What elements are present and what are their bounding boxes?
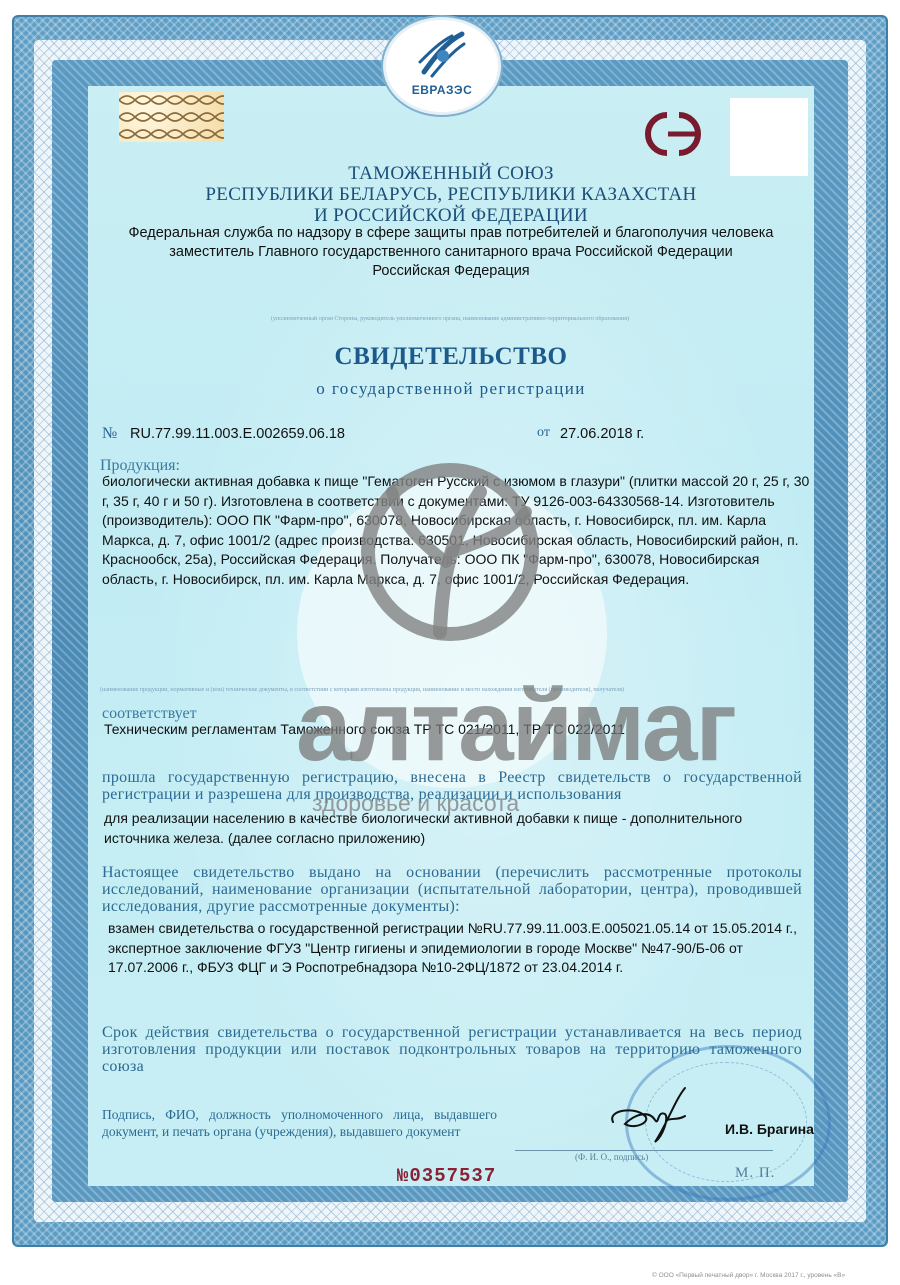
signature-label: Подпись, ФИО, должность уполномоченного … bbox=[102, 1107, 497, 1140]
hologram-sticker bbox=[119, 92, 224, 142]
agency-line: Российская Федерация bbox=[88, 262, 814, 281]
number-label: № bbox=[102, 425, 117, 443]
union-title-line: И РОССИЙСКОЙ ФЕДЕРАЦИИ bbox=[88, 205, 814, 226]
watermark-leaf-logo-icon bbox=[330, 452, 570, 652]
watermark-tagline: здоровье и красота bbox=[312, 790, 519, 817]
signature-line bbox=[515, 1150, 773, 1151]
date-label: от bbox=[537, 425, 550, 441]
basis-label: Настоящее свидетельство выдано на основа… bbox=[102, 864, 802, 915]
agency-caption: (уполномоченный орган Стороны, руководит… bbox=[160, 316, 740, 322]
watermark-brand: алтаймаг bbox=[296, 676, 735, 776]
printer-imprint: © ООО «Первый печатный двор» г. Москва 2… bbox=[652, 1272, 845, 1279]
eurasec-logo-icon bbox=[416, 28, 468, 80]
signature-icon bbox=[605, 1080, 705, 1150]
basis-documents: взамен свидетельства о государственной р… bbox=[108, 919, 808, 978]
se-conformity-mark-icon bbox=[640, 107, 706, 161]
eurasec-emblem: ЕВРАЗЭС bbox=[386, 20, 498, 112]
union-title: ТАМОЖЕННЫЙ СОЮЗ РЕСПУБЛИКИ БЕЛАРУСЬ, РЕС… bbox=[88, 163, 814, 226]
emblem-label: ЕВРАЗЭС bbox=[386, 83, 498, 97]
agency-line: заместитель Главного государственного са… bbox=[88, 243, 814, 262]
certificate-subtitle: о государственной регистрации bbox=[88, 379, 814, 399]
serial-number: №0357537 bbox=[397, 1165, 496, 1187]
union-title-line: ТАМОЖЕННЫЙ СОЮЗ bbox=[88, 163, 814, 184]
issuing-agency: Федеральная служба по надзору в сфере за… bbox=[88, 224, 814, 281]
certificate-number: RU.77.99.11.003.Е.002659.06.18 bbox=[130, 426, 345, 442]
signature-line-caption: (Ф. И. О., подпись) bbox=[575, 1152, 648, 1162]
certificate-date: 27.06.2018 г. bbox=[560, 426, 644, 442]
hologram-pattern-icon bbox=[119, 92, 224, 142]
signer-name: И.В. Брагина bbox=[725, 1121, 814, 1137]
agency-line: Федеральная служба по надзору в сфере за… bbox=[88, 224, 814, 243]
seal-placement-label: М. П. bbox=[735, 1165, 775, 1182]
union-title-line: РЕСПУБЛИКИ БЕЛАРУСЬ, РЕСПУБЛИКИ КАЗАХСТА… bbox=[88, 184, 814, 205]
certificate-title: СВИДЕТЕЛЬСТВО bbox=[88, 343, 814, 371]
